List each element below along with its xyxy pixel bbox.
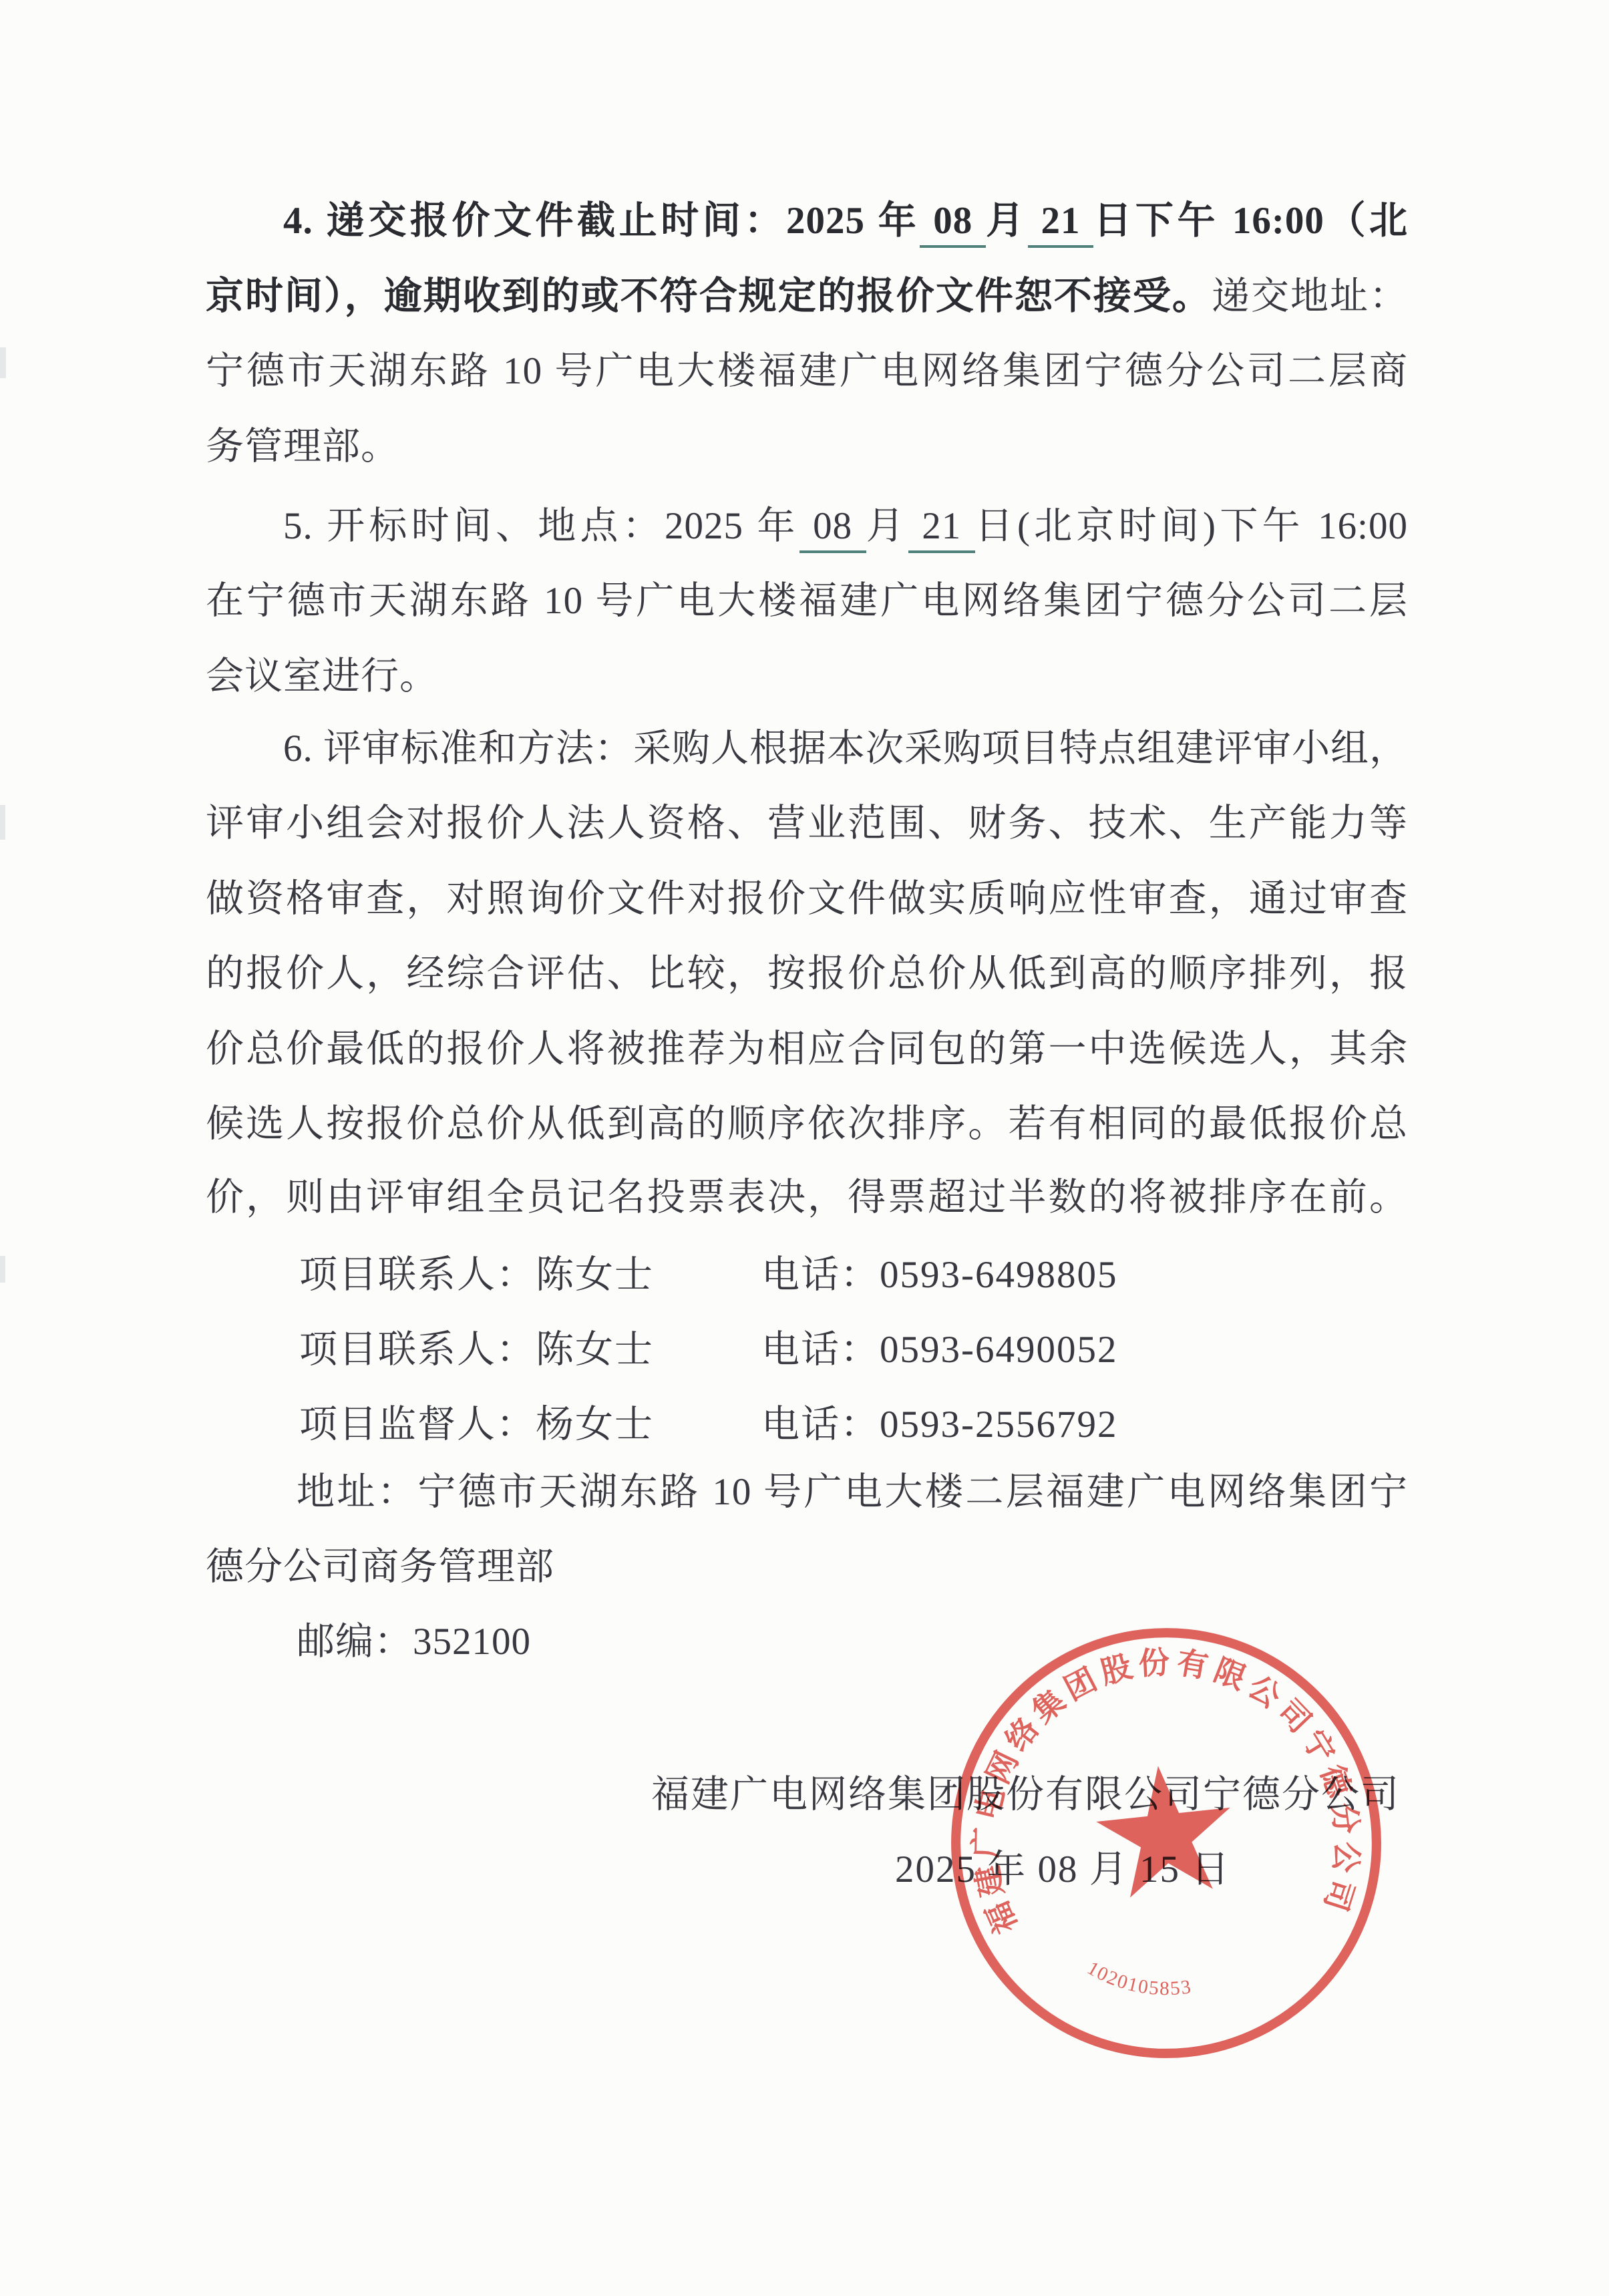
item5-venue-text: 在宁德市天湖东路 10 号广电大楼福建广电网络集团宁德分公司二层 [206, 580, 1408, 622]
item5-month-char: 月 [866, 505, 908, 547]
address-text-2: 德分公司商务管理部 [206, 1546, 554, 1588]
item6-criteria-text-3: 做资格审查，对照询价文件对报价文件做实质响应性审查，通过审查 [206, 878, 1408, 920]
item6-criteria-text-6: 候选人按报价总价从低到高的顺序依次排序。若有相同的最低报价总 [206, 1103, 1408, 1145]
item4-deadline-text: 4. 递交报价文件截止时间：2025 年 [283, 200, 920, 242]
item4-line1: 4. 递交报价文件截止时间：2025 年 08 月 21 日下午 16:00（北 [206, 197, 1408, 244]
item5-line2: 在宁德市天湖东路 10 号广电大楼福建广电网络集团宁德分公司二层 [206, 577, 1408, 625]
item6-criteria-text-1: 6. 评审标准和方法：采购人根据本次采购项目特点组建评审小组， [283, 727, 1408, 770]
item6-line6: 候选人按报价总价从低到高的顺序依次排序。若有相同的最低报价总 [206, 1100, 1408, 1148]
stamp-serial-arc-textpath: 1020105853 [1082, 1947, 1194, 2009]
item5-month-underlined: 08 [799, 505, 866, 553]
item4-address-label: 递交地址： [1212, 275, 1408, 317]
address-text-1: 地址：宁德市天湖东路 10 号广电大楼二层福建广电网络集团宁 [297, 1471, 1408, 1513]
scanned-document-page: 4. 递交报价文件截止时间：2025 年 08 月 21 日下午 16:00（北… [0, 0, 1609, 2296]
item5-opening-text: 5. 开标时间、地点：2025 年 [283, 505, 799, 547]
item6-criteria-text-4: 的报价人，经综合评估、比较，按报价总价从低到高的顺序排列，报 [206, 953, 1408, 995]
item6-line7: 价，则由评审组全员记名投票表决，得票超过半数的将被排序在前。 [206, 1174, 1408, 1221]
contact-1-phone: 电话：0593-6498805 [761, 1244, 1117, 1299]
stamp-serial-arc-text: 1020105853 [1082, 1947, 1194, 2009]
item4-month-underlined: 08 [920, 200, 986, 248]
postal-code-text: 邮编：352100 [297, 1621, 531, 1663]
item6-line4: 的报价人，经综合评估、比较，按报价总价从低到高的顺序排列，报 [206, 950, 1408, 997]
item6-line3: 做资格审查，对照询价文件对报价文件做实质响应性审查，通过审查 [206, 875, 1408, 923]
address-line1: 地址：宁德市天湖东路 10 号广电大楼二层福建广电网络集团宁 [206, 1468, 1408, 1516]
item6-line5: 价总价最低的报价人将被推荐为相应合同包的第一中选候选人，其余 [206, 1025, 1408, 1073]
item5-line3: 会议室进行。 [206, 653, 1408, 700]
item4-address-text: 宁德市天湖东路 10 号广电大楼福建广电网络集团宁德分公司二层商 [206, 350, 1408, 392]
official-seal-stamp: 福建广电网络集团股份有限公司宁德分公司 1020105853 [944, 1621, 1389, 2066]
contact-3-label: 项目监督人：杨女士 [299, 1393, 654, 1448]
item4-line3: 宁德市天湖东路 10 号广电大楼福建广电网络集团宁德分公司二层商 [206, 347, 1408, 395]
item4-month-char: 月 [986, 200, 1028, 242]
item6-criteria-text-2: 评审小组会对报价人法人资格、营业范围、财务、技术、生产能力等 [206, 802, 1408, 844]
scan-artifact [0, 805, 5, 840]
item4-day-underlined: 21 [1028, 200, 1094, 248]
scan-artifact [0, 347, 6, 378]
item4-time-text: 日下午 16:00（北 [1093, 200, 1408, 242]
item6-criteria-text-5: 价总价最低的报价人将被推荐为相应合同包的第一中选候选人，其余 [206, 1028, 1408, 1070]
item4-rejection-clause: 京时间），逾期收到的或不符合规定的报价文件恕不接受。 [206, 275, 1212, 317]
contact-3-phone: 电话：0593-2556792 [761, 1393, 1117, 1448]
scan-artifact [0, 1256, 5, 1283]
item6-line1: 6. 评审标准和方法：采购人根据本次采购项目特点组建评审小组， [206, 725, 1408, 772]
star-icon [1091, 1759, 1239, 1901]
contact-2-label: 项目联系人：陈女士 [299, 1319, 654, 1373]
address-line2: 德分公司商务管理部 [206, 1543, 1408, 1591]
contact-1-label: 项目联系人：陈女士 [299, 1244, 654, 1299]
item4-line4: 务管理部。 [206, 423, 1408, 470]
item4-line2: 京时间），逾期收到的或不符合规定的报价文件恕不接受。递交地址： [206, 273, 1408, 320]
item5-day-underlined: 21 [908, 505, 975, 553]
contact-2-phone: 电话：0593-6490052 [761, 1319, 1117, 1373]
item5-line1: 5. 开标时间、地点：2025 年 08 月 21 日(北京时间)下午 16:0… [206, 502, 1408, 550]
item5-time-text: 日(北京时间)下午 16:00 [975, 505, 1408, 547]
item6-criteria-text-7: 价，则由评审组全员记名投票表决，得票超过半数的将被排序在前。 [206, 1176, 1408, 1218]
item6-line2: 评审小组会对报价人法人资格、营业范围、财务、技术、生产能力等 [206, 800, 1408, 847]
item5-venue-tail: 会议室进行。 [206, 655, 438, 697]
item4-address-tail: 务管理部。 [206, 426, 399, 468]
